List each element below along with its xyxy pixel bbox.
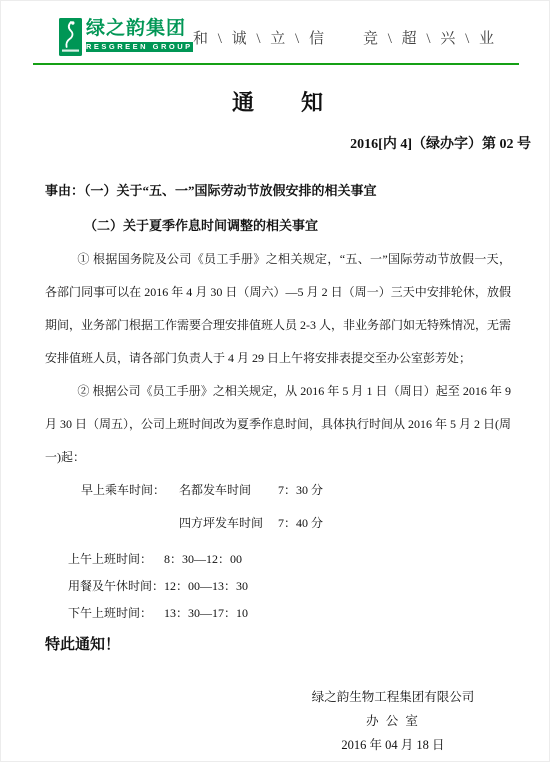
work-hours-time: 8：30—12：00 [164, 546, 242, 573]
logo-wordmark: 绿之韵集团 [86, 18, 193, 40]
work-hours-time: 12：00—13：30 [164, 573, 248, 600]
bus-schedule-label: 早上乘车时间： [81, 474, 179, 507]
work-hours: 上午上班时间： 8：30—12：00 用餐及午休时间： 12：00—13：30 … [45, 546, 511, 627]
work-hours-row: 下午上班时间： 13：30—17：10 [45, 600, 511, 627]
signature-date: 2016 年 04 月 18 日 [278, 733, 508, 757]
signature-department: 办 公 室 [278, 709, 508, 733]
bus-place: 名都发车时间 [179, 474, 278, 507]
logo-text: 绿之韵集团 RESGREEN GROUP [86, 18, 193, 52]
subject-block: 事由：（一）关于“五、一”国际劳动节放假安排的相关事宜 （二）关于夏季作息时间调… [45, 173, 511, 243]
bus-time: 7：40 分 [278, 507, 323, 540]
slogan-left: 和 \ 诚 \ 立 \ 信 [193, 27, 327, 48]
company-slogan: 和 \ 诚 \ 立 \ 信 竞 \ 超 \ 兴 \ 业 [193, 27, 497, 48]
paragraph-summer-hours: ② 根据公司《员工手册》之相关规定，从 2016 年 5 月 1 日（周日）起至… [45, 375, 511, 474]
signature-block: 绿之韵生物工程集团有限公司 办 公 室 2016 年 04 月 18 日 [278, 685, 508, 757]
notice-body: 通 知 2016[内 4]（绿办字）第 02 号 事由：（一）关于“五、一”国际… [1, 91, 549, 757]
doc-number: 2016[内 4]（绿办字）第 02 号 [45, 135, 531, 155]
subject-line-2: （二）关于夏季作息时间调整的相关事宜 [45, 208, 511, 243]
notice-document: 绿之韵集团 RESGREEN GROUP 和 \ 诚 \ 立 \ 信 竞 \ 超… [0, 0, 550, 762]
work-hours-row: 上午上班时间： 8：30—12：00 [45, 546, 511, 573]
notice-title: 通 知 [45, 91, 511, 115]
bus-time: 7：30 分 [278, 474, 323, 507]
bus-schedule-label-spacer [81, 507, 179, 540]
bus-schedule-row: 早上乘车时间： 名都发车时间 7：30 分 [45, 474, 511, 507]
closing-statement: 特此通知！ [45, 633, 511, 657]
bus-place: 四方坪发车时间 [179, 507, 278, 540]
logo-wordmark-en: RESGREEN GROUP [86, 42, 193, 52]
signature-company: 绿之韵生物工程集团有限公司 [278, 685, 508, 709]
bus-schedule: 早上乘车时间： 名都发车时间 7：30 分 四方坪发车时间 7：40 分 [45, 474, 511, 540]
work-hours-label: 上午上班时间： [68, 546, 164, 573]
bus-schedule-row: 四方坪发车时间 7：40 分 [45, 507, 511, 540]
subject-line-1: 事由：（一）关于“五、一”国际劳动节放假安排的相关事宜 [45, 173, 511, 208]
header-divider [33, 63, 519, 65]
resgreen-figure-icon [59, 18, 82, 56]
letterhead: 绿之韵集团 RESGREEN GROUP 和 \ 诚 \ 立 \ 信 竞 \ 超… [1, 1, 549, 59]
paragraph-holiday: ① 根据国务院及公司《员工手册》之相关规定，“五、一”国际劳动节放假一天，各部门… [45, 243, 511, 375]
work-hours-row: 用餐及午休时间： 12：00—13：30 [45, 573, 511, 600]
resgreen-logo: 绿之韵集团 RESGREEN GROUP [59, 18, 193, 56]
work-hours-label: 下午上班时间： [68, 600, 164, 627]
work-hours-time: 13：30—17：10 [164, 600, 248, 627]
slogan-right: 竞 \ 超 \ 兴 \ 业 [363, 27, 497, 48]
work-hours-label: 用餐及午休时间： [68, 573, 164, 600]
